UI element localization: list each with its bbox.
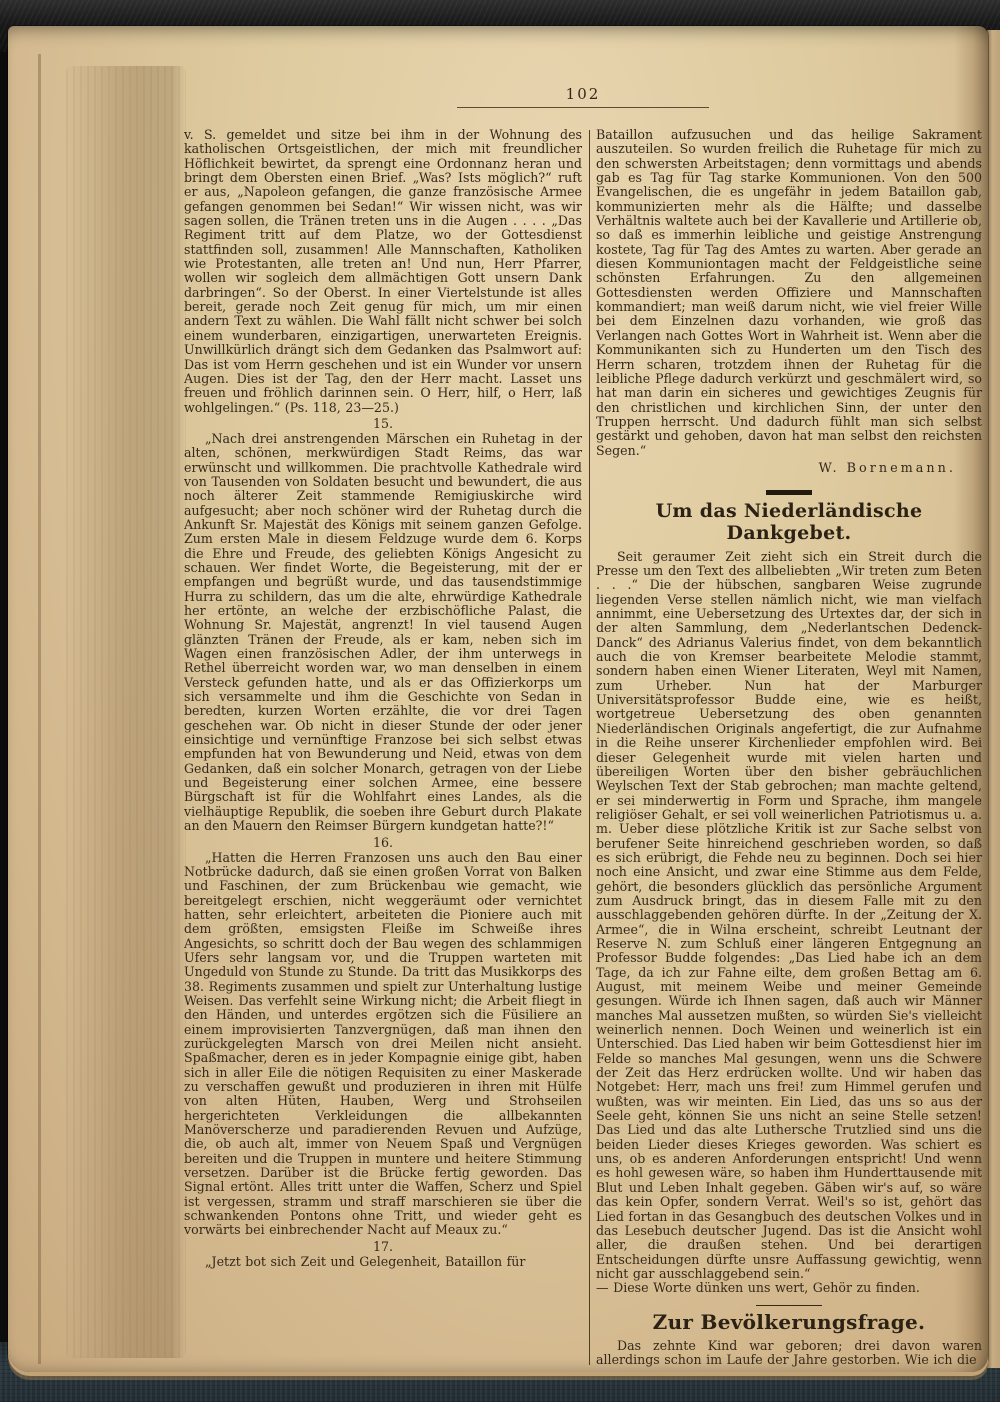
paragraph-continuation-right: Bataillon aufzusuchen und das heilige Sa…: [596, 128, 982, 458]
paragraph-section-17-first-line: „Jetzt bot sich Zeit und Gelegenheit, Ba…: [184, 1255, 582, 1269]
paragraph-article-bevoelkerungsfrage: Das zehnte Kind war geboren; drei davon …: [596, 1339, 982, 1368]
two-column-layout: v. S. gemeldet und sitze bei ihm in der …: [184, 128, 982, 1367]
printed-text-area: 102 v. S. gemeldet und sitze bei ihm in …: [184, 84, 982, 1367]
paragraph-continuation: v. S. gemeldet und sitze bei ihm in der …: [184, 128, 582, 415]
paragraph-section-15: „Nach drei anstrengenden Märschen ein Ru…: [184, 432, 582, 834]
page-number-rule: [457, 107, 709, 108]
left-column: v. S. gemeldet und sitze bei ihm in der …: [184, 128, 582, 1367]
paragraph-closing-remark: — Diese Worte dünken uns wert, Gehör zu …: [596, 1281, 982, 1295]
section-number-16: 16.: [184, 835, 582, 850]
scanned-page: 102 v. S. gemeldet und sitze bei ihm in …: [8, 26, 988, 1372]
article-separator-bar: [766, 490, 812, 495]
page-number: 102: [566, 85, 601, 103]
column-rule: [589, 130, 590, 1365]
section-number-15: 15.: [184, 416, 582, 431]
right-column: Bataillon aufzusuchen und das heilige Sa…: [596, 128, 982, 1367]
section-number-17: 17.: [184, 1239, 582, 1254]
page-stack-crease: [38, 54, 41, 1364]
page-stack-edges: [66, 66, 186, 1358]
article-title-dankgebet: Um das Niederländische Dankgebet.: [596, 500, 982, 544]
page-header: 102: [184, 84, 982, 108]
paragraph-section-16: „Hatten die Herren Franzosen uns auch de…: [184, 851, 582, 1238]
next-page-edge: [987, 30, 1000, 1368]
author-signature: W. Bornemann.: [596, 461, 982, 477]
article-separator-rule: [756, 1305, 822, 1306]
paragraph-article-dankgebet: Seit geraumer Zeit zieht sich ein Streit…: [596, 550, 982, 1282]
article-title-bevoelkerungsfrage: Zur Bevölkerungsfrage.: [596, 1311, 982, 1333]
